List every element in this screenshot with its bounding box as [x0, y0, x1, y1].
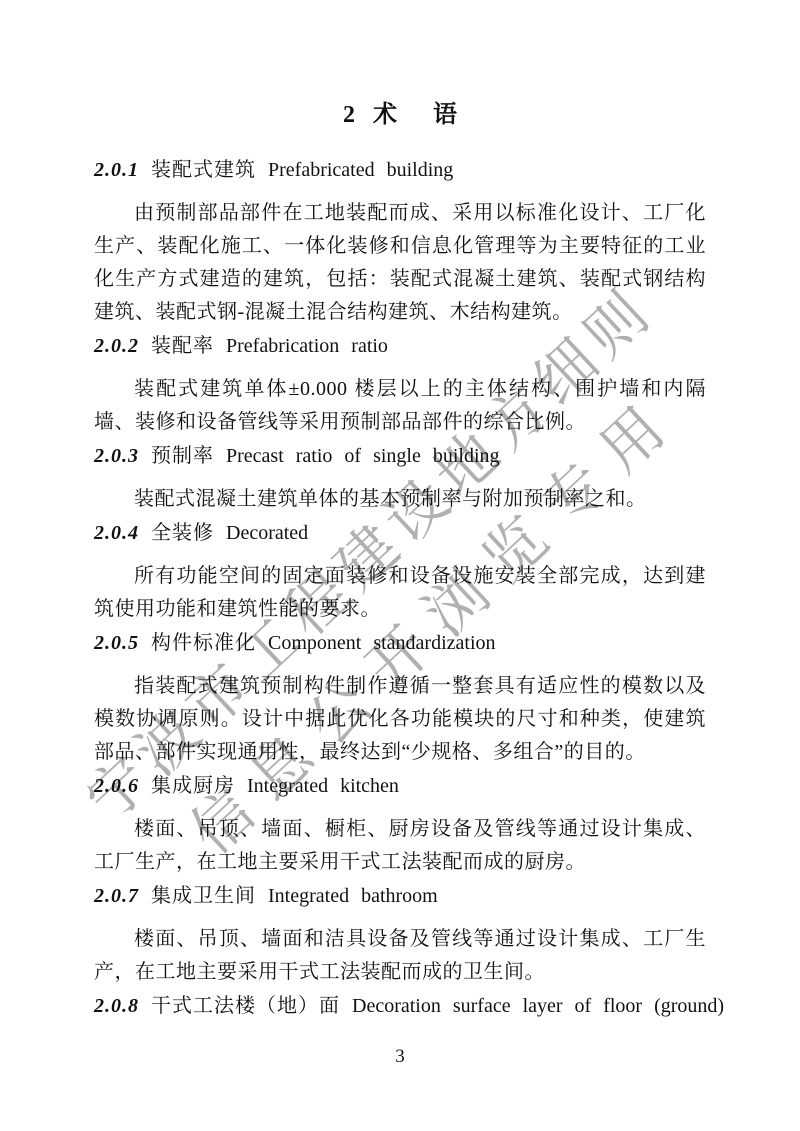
term-definition: 楼面、吊顶、墙面、橱柜、厨房设备及管线等通过设计集成、工厂生产，在工地主要采用干… [94, 813, 706, 879]
term-heading: 2.0.2装配率Prefabrication ratio [94, 331, 706, 361]
term-chinese: 构件标准化 [151, 632, 256, 654]
term-chinese: 装配率 [151, 335, 214, 357]
term-definition: 指装配式建筑预制构件制作遵循一整套具有适应性的模数以及模数协调原则。设计中据此优… [94, 670, 706, 769]
term-definition: 装配式混凝土建筑单体的基本预制率与附加预制率之和。 [94, 483, 706, 516]
term-number: 2.0.8 [94, 995, 139, 1017]
term-english: Decoration surface layer of floor (groun… [352, 995, 724, 1017]
term-english: Integrated kitchen [247, 775, 399, 797]
chapter-number: 2 [343, 102, 355, 128]
term-chinese: 干式工法楼（地）面 [151, 995, 340, 1017]
term-chinese: 集成卫生间 [151, 885, 256, 907]
term-definition: 由预制部品部件在工地装配而成、采用以标准化设计、工厂化生产、装配化施工、一体化装… [94, 197, 706, 329]
term-definition: 楼面、吊顶、墙面和洁具设备及管线等通过设计集成、工厂生产，在工地主要采用干式工法… [94, 923, 706, 989]
term-chinese: 集成厨房 [151, 775, 235, 797]
chapter-title: 2术语 [94, 102, 706, 128]
term-heading: 2.0.1装配式建筑Prefabricated building [94, 155, 706, 185]
term-section-2-0-7: 2.0.7集成卫生间Integrated bathroom 楼面、吊顶、墙面和洁… [94, 881, 706, 989]
term-section-2-0-1: 2.0.1装配式建筑Prefabricated building 由预制部品部件… [94, 155, 706, 329]
term-number: 2.0.2 [94, 335, 139, 357]
term-english: Precast ratio of single building [226, 445, 500, 467]
chapter-title-word-2: 语 [433, 102, 457, 128]
term-definition: 所有功能空间的固定面装修和设备设施安装全部完成，达到建筑使用功能和建筑性能的要求… [94, 560, 706, 626]
term-heading: 2.0.5构件标准化Component standardization [94, 628, 706, 658]
term-heading: 2.0.3预制率Precast ratio of single building [94, 441, 706, 471]
document-page: 宁波市工程建设地方细则 信息公开浏览专用 2术语 2.0.1装配式建筑Prefa… [0, 0, 800, 1131]
term-section-2-0-5: 2.0.5构件标准化Component standardization 指装配式… [94, 628, 706, 769]
term-section-2-0-2: 2.0.2装配率Prefabrication ratio 装配式建筑单体±0.0… [94, 331, 706, 439]
term-heading: 2.0.7集成卫生间Integrated bathroom [94, 881, 706, 911]
term-heading: 2.0.4全装修Decorated [94, 518, 706, 548]
term-english: Prefabricated building [268, 159, 453, 181]
term-section-2-0-6: 2.0.6集成厨房Integrated kitchen 楼面、吊顶、墙面、橱柜、… [94, 771, 706, 879]
term-chinese: 全装修 [151, 522, 214, 544]
term-chinese: 预制率 [151, 445, 214, 467]
page-content: 2术语 2.0.1装配式建筑Prefabricated building 由预制… [0, 0, 800, 1021]
chapter-title-word-1: 术 [373, 102, 397, 128]
term-heading: 2.0.8干式工法楼（地）面Decoration surface layer o… [94, 991, 706, 1021]
term-english: Integrated bathroom [268, 885, 438, 907]
term-heading: 2.0.6集成厨房Integrated kitchen [94, 771, 706, 801]
term-english: Component standardization [268, 632, 496, 654]
term-english: Prefabrication ratio [226, 335, 388, 357]
term-definition: 装配式建筑单体±0.000 楼层以上的主体结构、围护墙和内隔墙、装修和设备管线等… [94, 373, 706, 439]
term-section-2-0-3: 2.0.3预制率Precast ratio of single building… [94, 441, 706, 516]
term-number: 2.0.4 [94, 522, 139, 544]
page-number: 3 [0, 1046, 800, 1068]
term-number: 2.0.5 [94, 632, 139, 654]
term-number: 2.0.7 [94, 885, 139, 907]
term-number: 2.0.1 [94, 159, 139, 181]
term-chinese: 装配式建筑 [151, 159, 256, 181]
term-english: Decorated [226, 522, 308, 544]
term-number: 2.0.3 [94, 445, 139, 467]
term-section-2-0-4: 2.0.4全装修Decorated 所有功能空间的固定面装修和设备设施安装全部完… [94, 518, 706, 626]
term-section-2-0-8: 2.0.8干式工法楼（地）面Decoration surface layer o… [94, 991, 706, 1021]
term-number: 2.0.6 [94, 775, 139, 797]
